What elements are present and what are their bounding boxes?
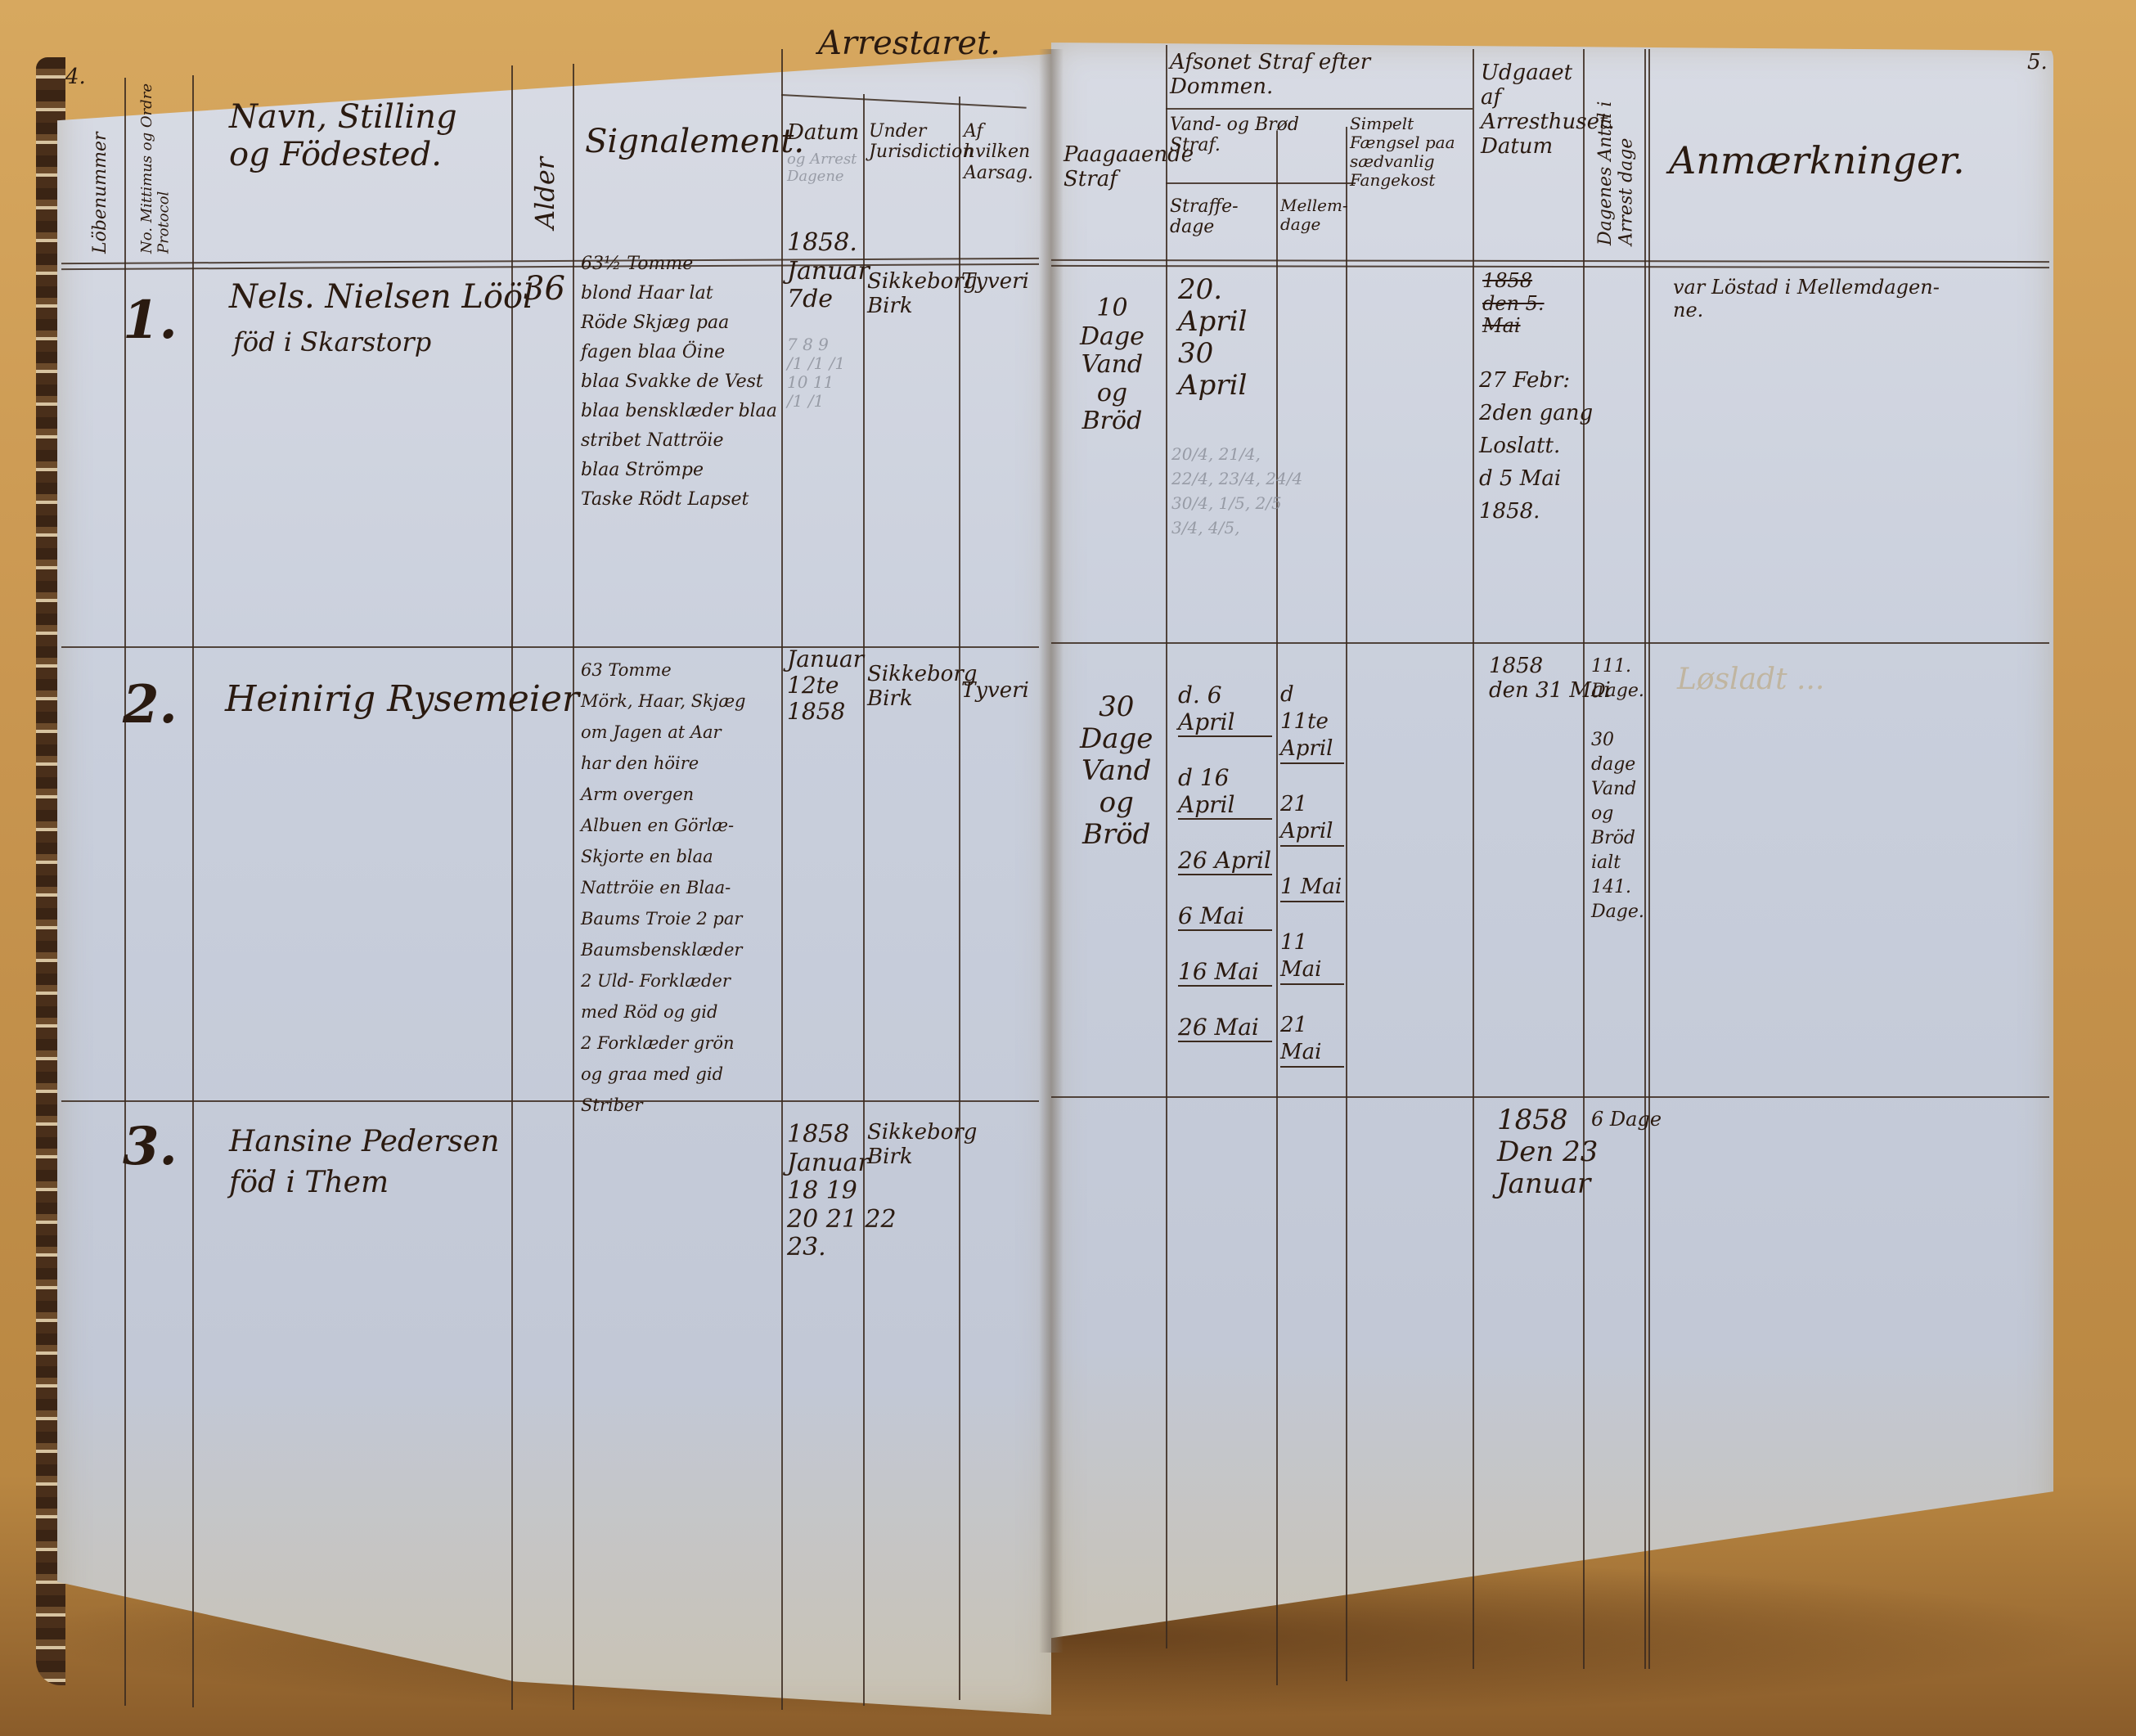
entry-punish-days: 20. April 30 April <box>1178 274 1247 402</box>
entry-name: Hansine Pedersen <box>229 1125 499 1158</box>
entry-jurisdiction: Sikkeborg Birk <box>867 1121 977 1170</box>
entry-signalement: 63½ Tomme blond Haar lat Röde Skjæg paa … <box>581 250 781 515</box>
entry-sentence: 10 Dage Vand og Bröd <box>1080 295 1144 436</box>
left-page-number: 4. <box>65 65 86 90</box>
entry-name: Nels. Nielsen Lööl <box>229 278 533 316</box>
header-arrest-jurisdiction: Under Jurisdiction <box>869 121 955 163</box>
entry-number: 3. <box>123 1117 178 1177</box>
entry-release: 27 Febr: 2den gang Loslatt. d 5 Mai 1858… <box>1479 364 1593 528</box>
bleed-through-text: Løsladt ... <box>1677 663 1824 696</box>
header-signalement: Signalement. <box>585 123 804 160</box>
entry-release: 1858 Den 23 Januar <box>1497 1104 1598 1200</box>
entry-sentence: 30 Dage Vand og Bröd <box>1080 691 1153 851</box>
entry-signalement: 63 Tomme Mörk, Haar, Skjæg om Jagen at A… <box>581 654 781 1121</box>
header-arrest-cause: Af hvilken Aarsag. <box>964 121 1041 183</box>
entry-between-days: d 11te April 21 April 1 Mai 11 Mai 21 Ma… <box>1280 654 1344 1095</box>
entry-days-in-arrest: 111. Dage. 30 dage Vand og Bröd ialt 141… <box>1591 654 1644 924</box>
header-punish-days: Straffe-dage <box>1170 196 1272 238</box>
header-served-group: Afsonet Straf efter Dommen. <box>1170 51 1473 100</box>
entry-punish-days: d. 6 April d 16 April 26 April 6 Mai 16 … <box>1178 654 1272 1069</box>
entry-cause: Tyveri <box>961 679 1029 704</box>
header-remarks: Anmærkninger. <box>1669 139 1965 182</box>
header-arrest-date: Datum <box>787 121 859 146</box>
book-gutter <box>1039 49 1064 1653</box>
header-sentence: Paagaaende Straf <box>1064 143 1162 192</box>
entry-arrest-date: 1858. Januar 7de <box>787 229 870 314</box>
entry-arrest-date-pencil: 7 8 9 /1 /1 /1 10 11 /1 /1 <box>787 335 845 411</box>
entry-cause: Tyveri <box>961 270 1029 295</box>
header-lobenummer: Löbenummer <box>90 82 110 254</box>
right-page-number: 5. <box>2027 51 2048 75</box>
header-mittimus: No. Mittimus og Ordre Protocol <box>139 82 173 254</box>
entry-punish-days-pencil: 20/4, 21/4, 22/4, 23/4, 24/4 30/4, 1/5, … <box>1171 442 1302 540</box>
header-release: Udgaaet af Arresthuset. Datum <box>1481 61 1579 160</box>
entry-name: Heinirig Rysemeier <box>225 679 579 721</box>
entry-birthplace: föd i Skarstorp <box>233 327 431 358</box>
entry-days-in-arrest: 6 Dage <box>1591 1109 1662 1131</box>
header-simple-prison: Simpelt Fængsel paa sædvanlig Fangekost <box>1350 115 1468 190</box>
entry-number: 1. <box>123 290 178 351</box>
entry-remarks: var Löstad i Mellemdagen- ne. <box>1673 277 1940 322</box>
entry-number: 2. <box>123 675 178 735</box>
header-days-in-arrest: Dagenes Antal i Arrest dage <box>1595 74 1637 245</box>
entry-release-struck: 1858 den 5. Mai <box>1482 270 1545 338</box>
entry-birthplace: föd i Them <box>229 1166 389 1199</box>
entry-age: 36 <box>524 270 565 308</box>
entry-arrest-date: Januar 12te 1858 <box>787 646 864 726</box>
header-water-bread: Vand- og Brød Straf. <box>1170 115 1354 156</box>
header-age: Alder <box>530 90 560 229</box>
header-arrest-group: Arrestaret. <box>818 25 1001 62</box>
header-arrest-date-pencil: og Arrest Dagene <box>787 151 861 185</box>
header-name: Navn, Stilling og Födested. <box>229 98 507 173</box>
header-between-days: Mellem-dage <box>1280 196 1346 234</box>
